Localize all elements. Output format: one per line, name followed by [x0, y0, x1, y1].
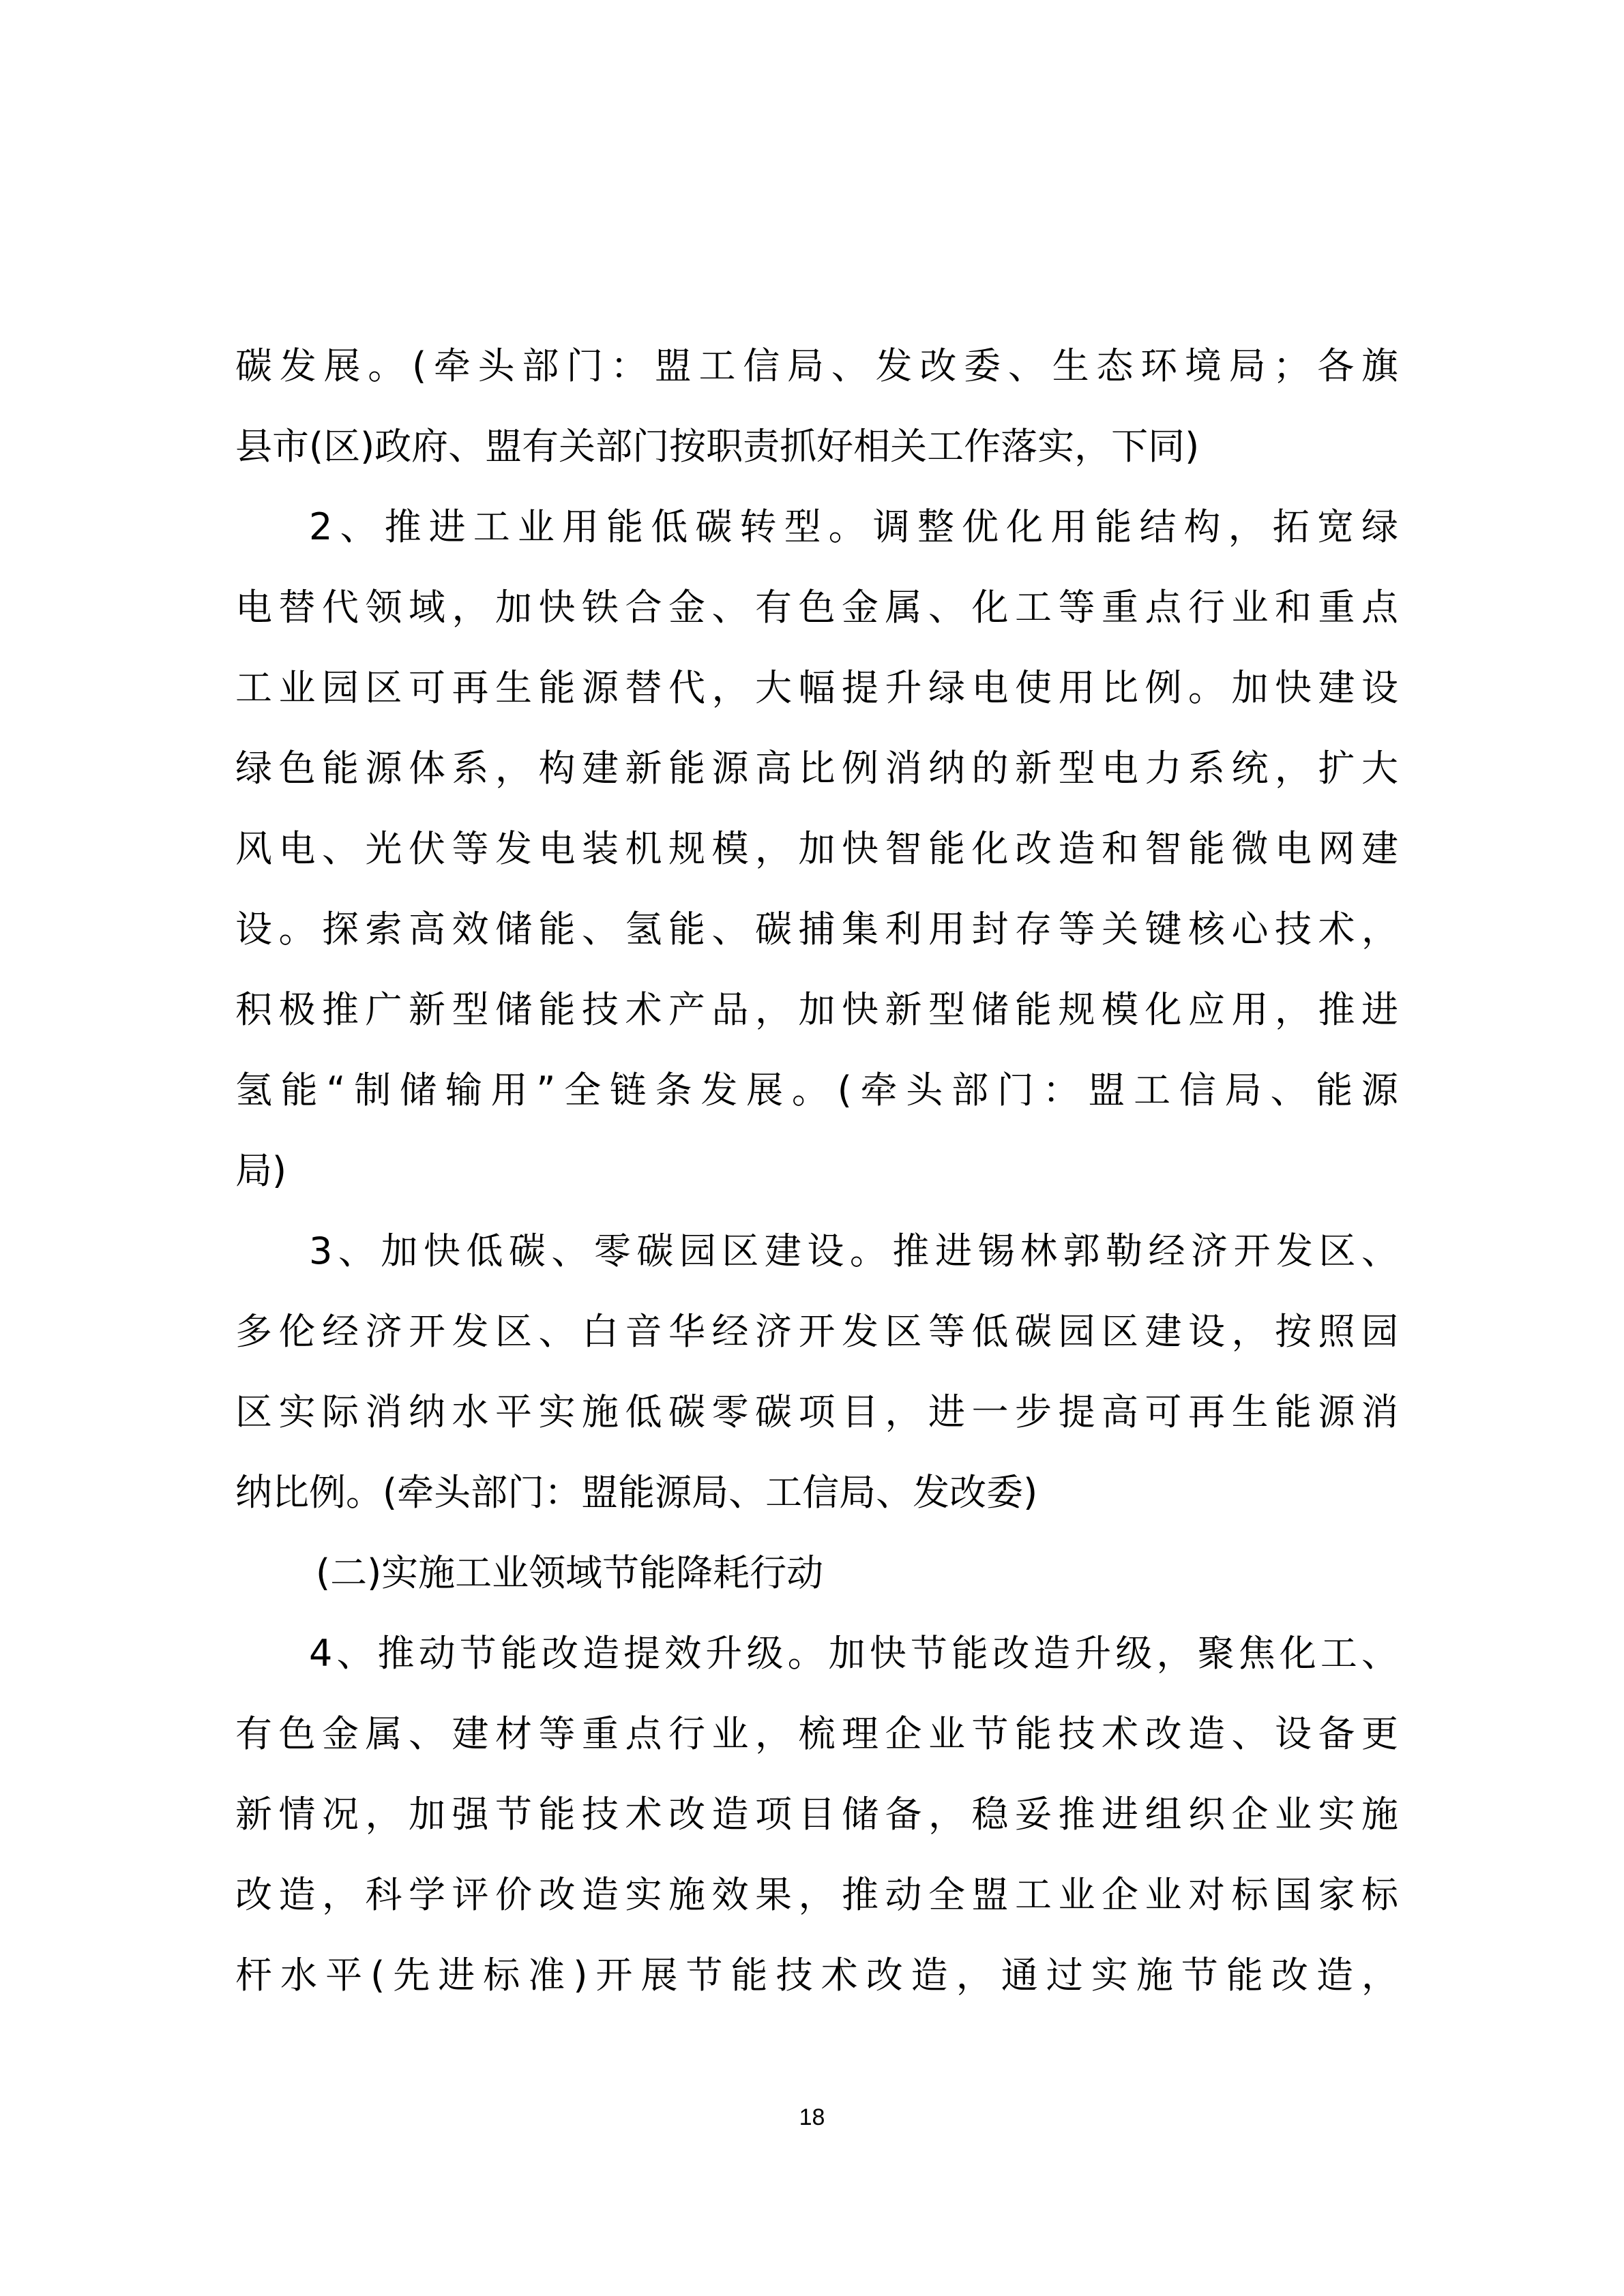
body-line: 绿色能源体系，构建新能源高比例消纳的新型电力系统，扩大	[235, 728, 1398, 809]
body-line: 改造，科学评价改造实施效果，推动全盟工业企业对标国家标	[235, 1855, 1398, 1935]
item-4-first-line: 4、推动节能改造提效升级。加快节能改造升级，聚焦化工、	[235, 1613, 1398, 1694]
document-body: 碳发展。(牵头部门：盟工信局、发改委、生态环境局；各旗 县市(区)政府、盟有关部…	[235, 326, 1398, 2016]
body-line: 杆水平(先进标准)开展节能技术改造，通过实施节能改造，	[235, 1935, 1398, 2016]
body-line: 区实际消纳水平实施低碳零碳项目，进一步提高可再生能源消	[235, 1372, 1398, 1452]
body-line: 碳发展。(牵头部门：盟工信局、发改委、生态环境局；各旗	[235, 326, 1398, 406]
body-line: 县市(区)政府、盟有关部门按职责抓好相关工作落实，下同)	[235, 406, 1398, 487]
body-line: 纳比例。(牵头部门：盟能源局、工信局、发改委)	[235, 1452, 1398, 1533]
body-line: 积极推广新型储能技术产品，加快新型储能规模化应用，推进	[235, 970, 1398, 1050]
body-line: 工业园区可再生能源替代，大幅提升绿电使用比例。加快建设	[235, 648, 1398, 728]
body-line: 有色金属、建材等重点行业，梳理企业节能技术改造、设备更	[235, 1694, 1398, 1774]
section-heading: (二)实施工业领域节能降耗行动	[235, 1533, 1398, 1613]
body-line: 电替代领域，加快铁合金、有色金属、化工等重点行业和重点	[235, 567, 1398, 648]
body-line: 风电、光伏等发电装机规模，加快智能化改造和智能微电网建	[235, 809, 1398, 889]
page-number: 18	[0, 2100, 1624, 2134]
item-2-first-line: 2、推进工业用能低碳转型。调整优化用能结构，拓宽绿	[235, 487, 1398, 567]
body-line: 局)	[235, 1131, 1398, 1211]
body-line: 多伦经济开发区、白音华经济开发区等低碳园区建设，按照园	[235, 1292, 1398, 1372]
document-page: 碳发展。(牵头部门：盟工信局、发改委、生态环境局；各旗 县市(区)政府、盟有关部…	[0, 0, 1624, 2296]
item-3-first-line: 3、加快低碳、零碳园区建设。推进锡林郭勒经济开发区、	[235, 1211, 1398, 1292]
body-line: 新情况，加强节能技术改造项目储备，稳妥推进组织企业实施	[235, 1774, 1398, 1855]
body-line: 设。探索高效储能、氢能、碳捕集利用封存等关键核心技术，	[235, 889, 1398, 970]
body-line: 氢能“制储输用”全链条发展。(牵头部门：盟工信局、能源	[235, 1050, 1398, 1131]
